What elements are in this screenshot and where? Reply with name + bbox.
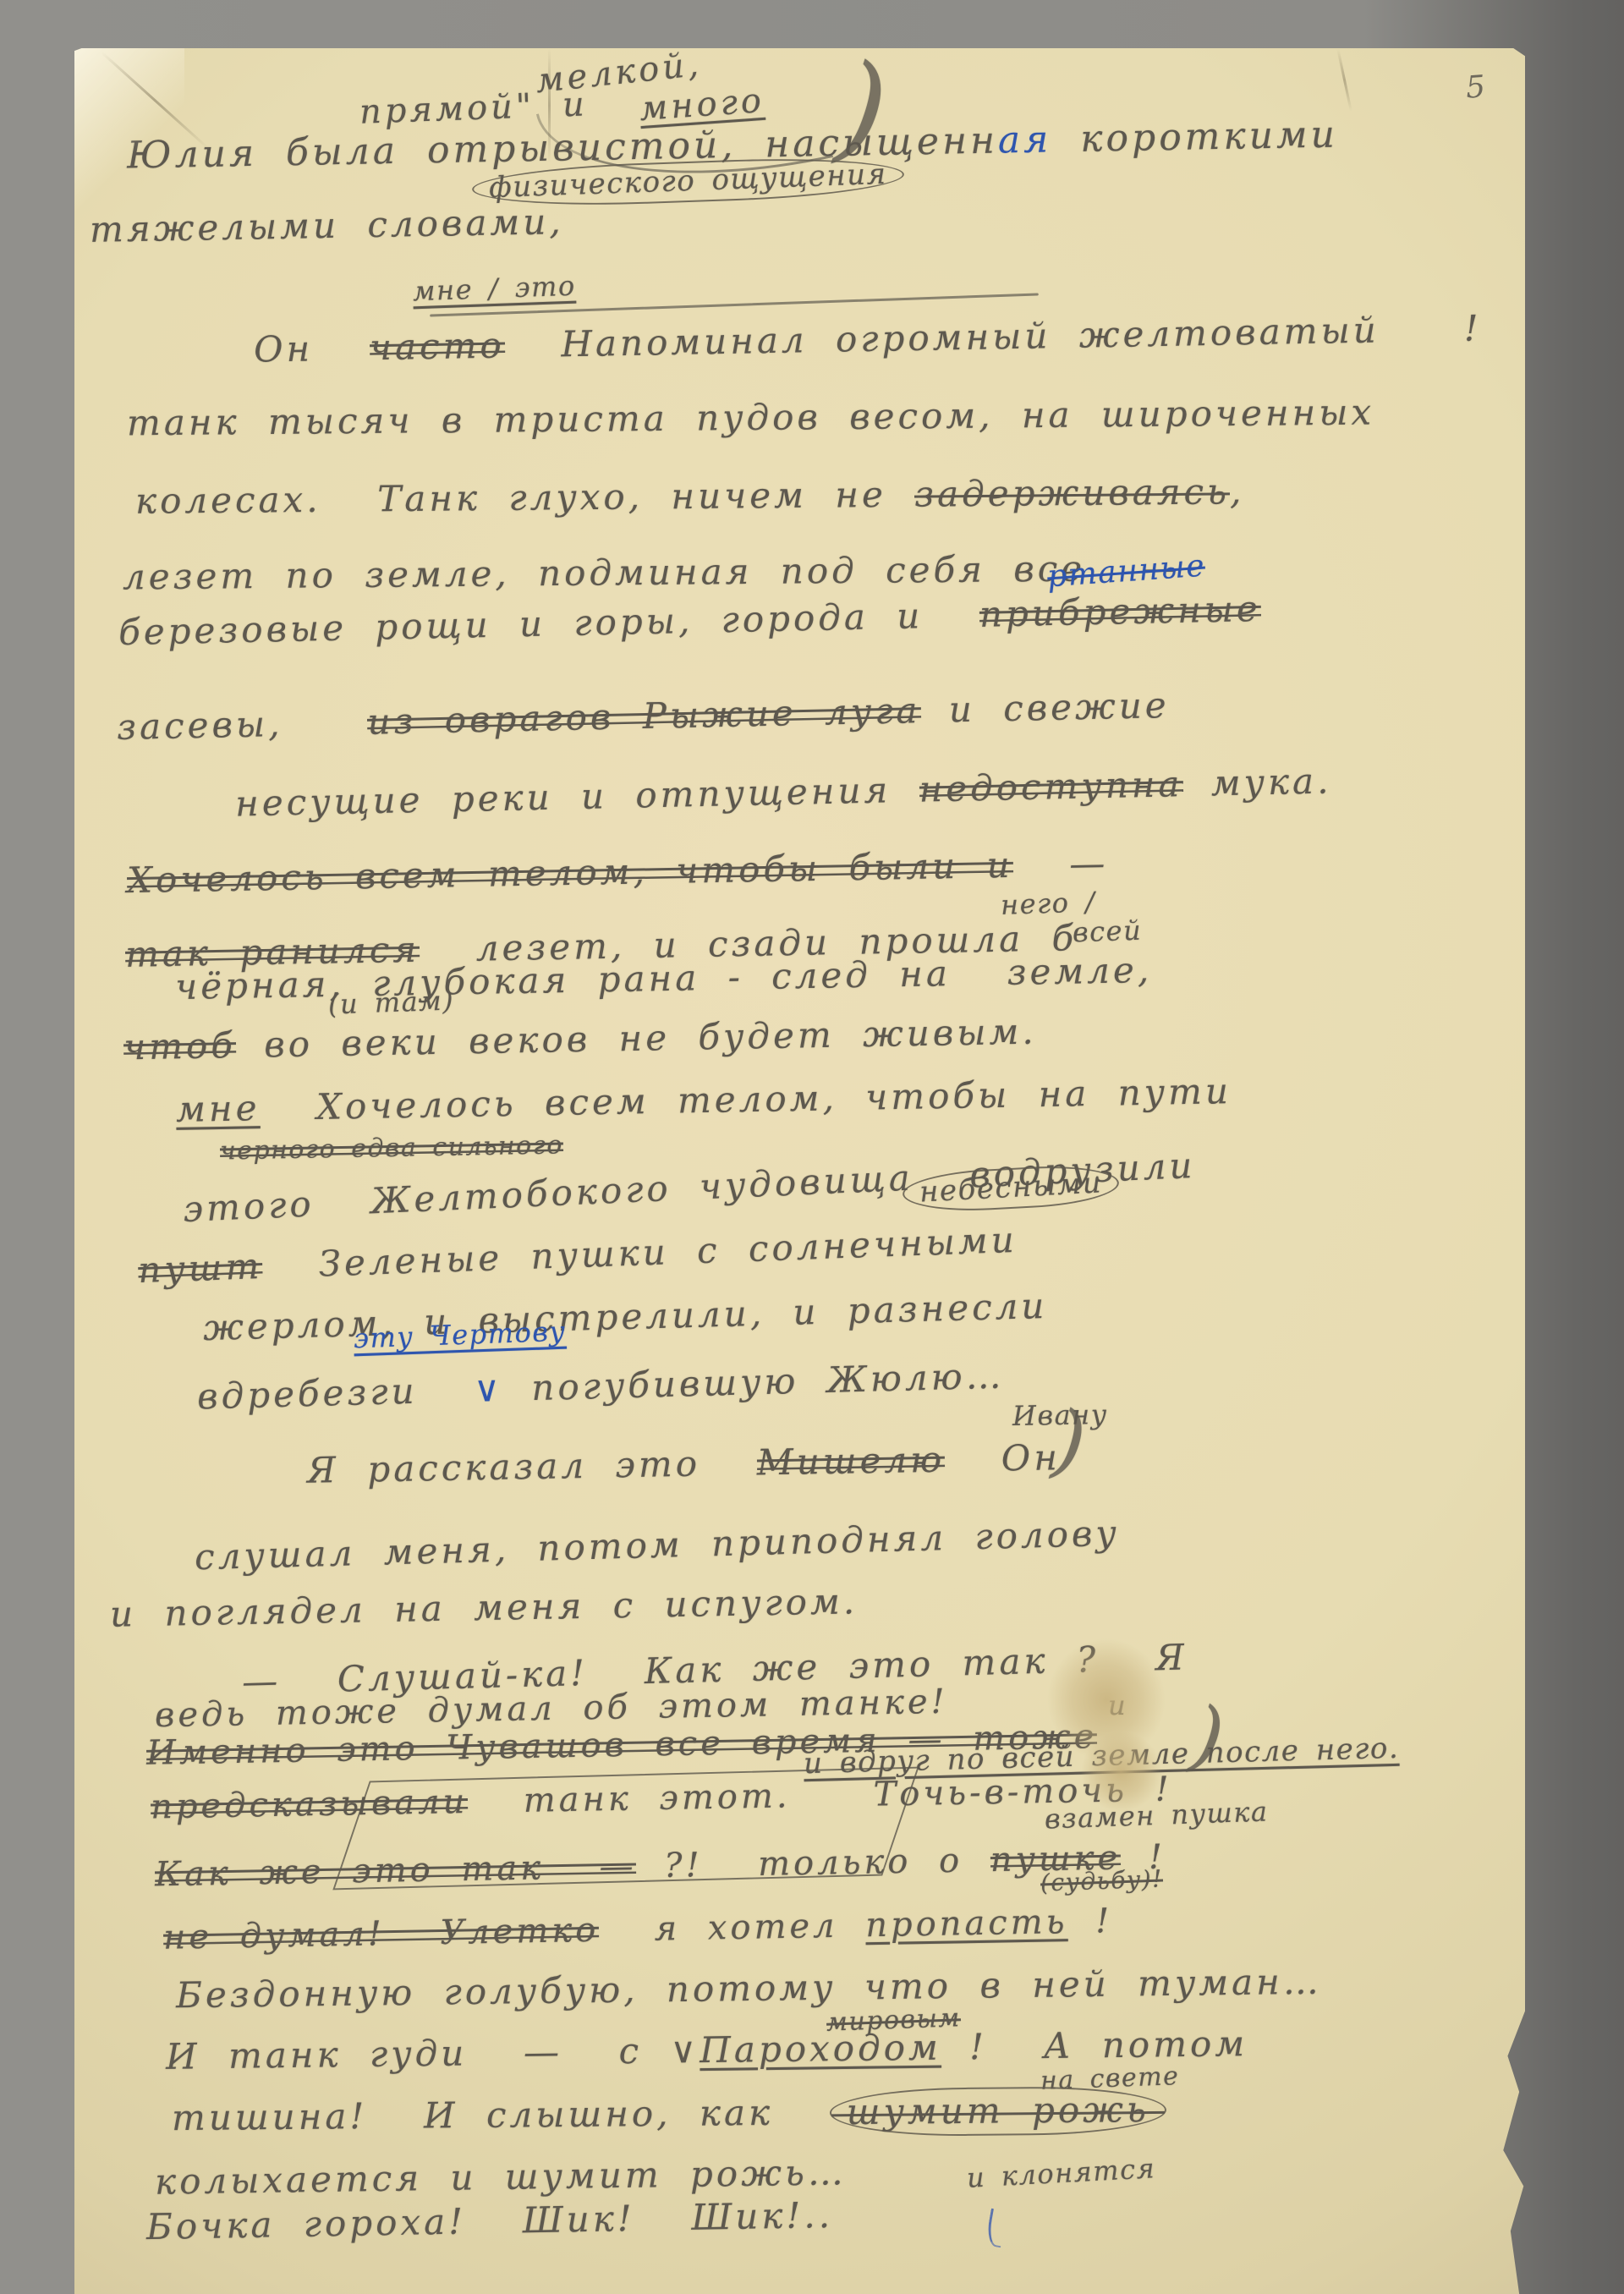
handwriting-line: Как же это так — ?! только о пушке ! xyxy=(155,1840,1166,1893)
handwriting-line: березовые рощи и горы, города и прибрежн… xyxy=(118,590,1262,651)
handwriting-segment: ! xyxy=(1379,307,1482,350)
handwriting-line: и xyxy=(1108,1692,1127,1720)
handwriting-line: засевы, из оврагов Рыжие луга и свежие xyxy=(117,687,1170,746)
handwriting-segment: колыхается и шумит рожь… xyxy=(155,2151,847,2202)
handwriting-line: несущие реки и отпущения недоступна мука… xyxy=(235,762,1332,822)
bluemark-mark xyxy=(985,2209,1007,2248)
manuscript-page: 5 мелкой,прямой" имного)Юлия была отрыви… xyxy=(74,48,1525,2294)
handwriting-line: пушт Зеленые пушки с солнечными xyxy=(138,1221,1018,1289)
backdrop: { "page_number": "5", "palette": { "pape… xyxy=(0,0,1624,2294)
handwriting-line: тишина! И слышно, как шумит рожь xyxy=(172,2091,1166,2137)
handwriting-segment: мне / это xyxy=(412,270,576,308)
handwriting-segment: недоступна xyxy=(919,763,1183,810)
handwriting-line: танк тысяч в триста пудов весом, на широ… xyxy=(127,394,1374,442)
handwriting-segment: задерживаясь xyxy=(914,470,1230,514)
handwriting-segment: и xyxy=(1108,1689,1127,1721)
handwriting-segment: я хотел xyxy=(599,1906,866,1949)
handwriting-segment: Напоминал огромный желтоватый xyxy=(504,309,1380,365)
handwriting-segment: вдребезги xyxy=(197,1369,475,1418)
handwriting-segment: прибрежные xyxy=(979,588,1261,635)
handwriting-segment: предсказывали xyxy=(151,1782,469,1827)
handwriting-line: и поглядел на меня с испугом. xyxy=(110,1583,859,1633)
handwriting-segment: Хочелось всем телом, чтобы были и xyxy=(127,844,1013,901)
handwriting-segment: короткими xyxy=(1051,113,1338,162)
handwriting-segment: И танк гуди — с xyxy=(166,2030,671,2077)
handwriting-segment: — xyxy=(1012,842,1109,886)
handwriting-line: тяжелыми словами, xyxy=(90,203,564,249)
handwriting-segment: взамен пушка xyxy=(1044,1795,1269,1835)
crease-mark xyxy=(1336,49,1352,112)
handwriting-segment: Он xyxy=(254,327,370,370)
handwriting-line: него / xyxy=(1000,888,1096,919)
handwriting-line: эту Чертову xyxy=(353,1318,566,1353)
handwriting-segment: ∨ xyxy=(474,1368,504,1410)
handwriting-segment: мировым xyxy=(826,2003,961,2038)
handwriting-segment: Мишелю xyxy=(756,1439,945,1484)
handwriting-line: (судьбу)! xyxy=(1040,1866,1164,1895)
handwriting-line: и клонятся xyxy=(966,2154,1156,2192)
handwriting-line: Бездонную голубую, потому что в ней тума… xyxy=(176,1963,1322,2015)
handwriting-segment: (судьбу)! xyxy=(1040,1864,1163,1896)
handwriting-line: предсказывали танк этот. Точь-в-точь ! xyxy=(151,1771,1172,1825)
handwriting-segment: шумит рожь xyxy=(830,2086,1166,2137)
handwriting-segment: жерлом, и выстрелили, и разнесли xyxy=(203,1285,1048,1348)
handwriting-segment: черного едва сильного xyxy=(220,1130,564,1166)
handwriting-segment: Бездонную голубую, потому что в ней тума… xyxy=(176,1961,1322,2017)
handwriting-line: Он часто Напоминал огромный желтоватый ! xyxy=(254,310,1482,368)
handwriting-segment: танк тысяч в триста пудов весом, на широ… xyxy=(127,392,1374,444)
handwriting-line: жерлом, и выстрелили, и разнесли xyxy=(203,1287,1048,1347)
handwriting-line: мне Хочелось всем телом, чтобы на пути xyxy=(176,1073,1232,1128)
handwriting-segment: мне xyxy=(176,1087,261,1130)
handwriting-line: не думал! Улетко я хотел пропасть ! xyxy=(163,1903,1113,1956)
handwriting-line: вдребезги ∨ погубившую Жюлю… xyxy=(197,1358,1006,1416)
handwriting-segment: ! А потом xyxy=(941,2022,1248,2067)
handwriting-line: Я рассказал это Мишелю Он xyxy=(307,1439,1062,1490)
handwriting-segment: чтоб xyxy=(123,1024,237,1067)
handwriting-segment: Он xyxy=(945,1436,1062,1479)
handwriting-line: (и там) xyxy=(327,986,454,1019)
handwriting-line: мировым xyxy=(826,2005,961,2036)
handwriting-segment: и клонятся xyxy=(966,2152,1156,2194)
handwriting-segment: ∨ xyxy=(670,2029,700,2071)
handwriting-line: лезет по земле, подминая под себя все — xyxy=(123,550,1181,596)
handwriting-segment: много xyxy=(639,81,766,129)
handwriting-segment: тишина! И слышно, как xyxy=(172,2091,830,2138)
handwriting-segment: всей xyxy=(1072,914,1142,949)
handwriting-line: взамен пушка xyxy=(1044,1797,1269,1834)
handwriting-line: черного едва сильного xyxy=(220,1132,563,1165)
handwriting-segment: Как же это так — xyxy=(155,1847,637,1894)
handwriting-line: Бочка гороха! Шик! Шик!.. xyxy=(146,2197,834,2246)
handwriting-segment: погубившую Жюлю… xyxy=(502,1355,1005,1410)
handwriting-line: колыхается и шумит рожь… xyxy=(155,2154,847,2201)
handwriting-segment: и свежие xyxy=(920,684,1170,731)
handwriting-segment: засевы, xyxy=(117,701,368,748)
handwriting-segment: лезет по земле, подминая под себя все — xyxy=(123,547,1181,598)
handwriting-segment: Зеленые пушки с xyxy=(261,1228,749,1287)
handwriting-line: всей xyxy=(1072,917,1142,947)
handwriting-segment: ая xyxy=(997,118,1051,162)
handwriting-line: прямой" и xyxy=(359,86,588,129)
handwriting-segment: пушт xyxy=(137,1245,263,1291)
handwriting-segment: эту Чертову xyxy=(353,1315,567,1355)
handwriting-segment: Я рассказал это xyxy=(307,1441,758,1490)
handwriting-segment: ! xyxy=(1067,1902,1113,1941)
handwriting-segment: колесах. Танк глухо, ничем не xyxy=(135,474,915,522)
handwriting-segment: Бочка гороха! Шик! Шик!.. xyxy=(146,2194,834,2247)
handwriting-segment: мука. xyxy=(1182,760,1332,804)
handwriting-segment: пропасть xyxy=(865,1902,1068,1945)
handwriting-segment: (и там) xyxy=(327,984,454,1020)
handwriting-segment: Хочелось всем телом, чтобы на пути xyxy=(260,1070,1232,1128)
handwriting-segment: несущие реки и отпущения xyxy=(235,769,919,825)
handwriting-segment: солнечными xyxy=(748,1219,1018,1270)
handwriting-segment: , xyxy=(1230,470,1245,512)
handwriting-line: много xyxy=(639,83,765,127)
handwriting-segment: не думал! Улетко xyxy=(163,1911,600,1957)
handwriting-line: чтоб во веки веков не будет живым. xyxy=(123,1013,1037,1067)
handwriting-line: небесными xyxy=(902,1167,1120,1209)
handwriting-line: слушал меня, потом приподнял голову xyxy=(195,1515,1121,1577)
handwriting-line: мне / это xyxy=(412,272,576,306)
handwriting-segment: из оврагов Рыжие луга xyxy=(367,689,921,743)
handwriting-segment: и поглядел на меня с испугом. xyxy=(110,1580,859,1634)
handwriting-segment: прямой" и xyxy=(359,85,588,131)
handwriting-line: Хочелось всем телом, чтобы были и — xyxy=(127,845,1109,899)
handwriting-segment: тяжелыми словами, xyxy=(90,200,564,250)
handwriting-segment: слушал меня, потом приподнял голову xyxy=(195,1512,1121,1578)
handwriting-segment: часто xyxy=(369,324,505,368)
handwriting-segment: ?! только о xyxy=(636,1841,990,1885)
page-number: 5 xyxy=(1465,69,1487,105)
handwriting-segment: березовые рощи и горы, города и xyxy=(118,594,980,653)
handwriting-line: колесах. Танк глухо, ничем не задерживая… xyxy=(135,473,1245,520)
